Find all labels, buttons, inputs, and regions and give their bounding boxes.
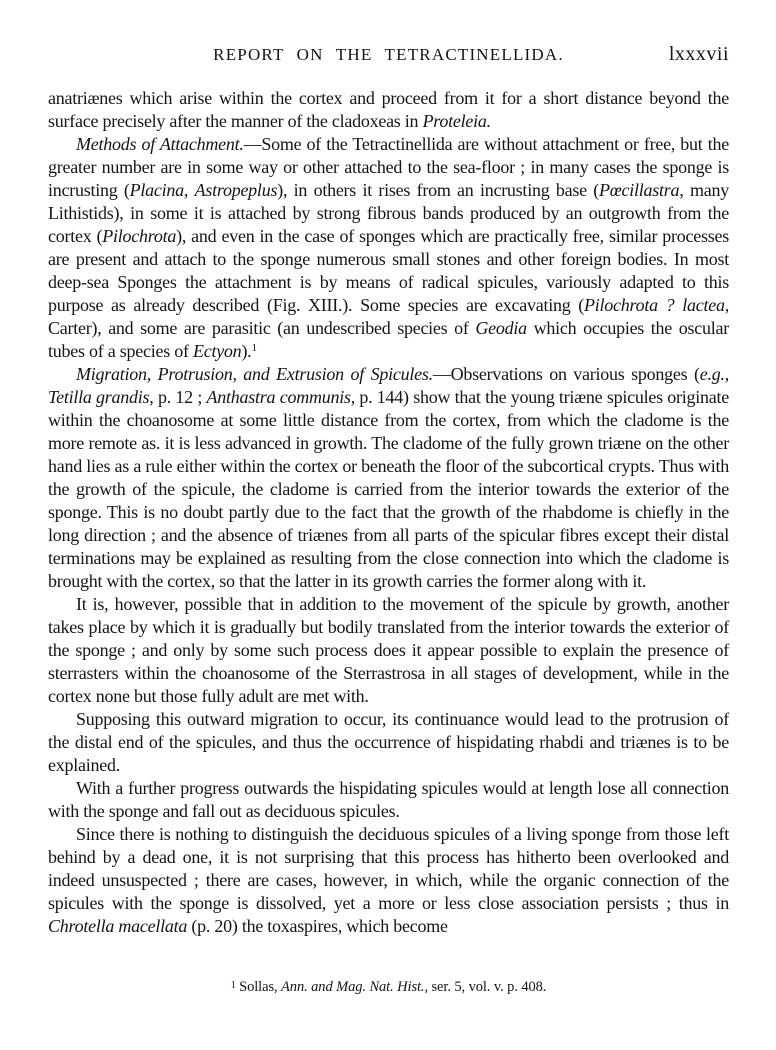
- running-head-title: REPORT ON THE TETRACTINELLIDA.: [48, 45, 729, 65]
- paragraph: anatriænes which arise within the cortex…: [48, 87, 729, 133]
- paragraph: It is, however, possible that in additio…: [48, 593, 729, 708]
- document-page: REPORT ON THE TETRACTINELLIDA. lxxxvii a…: [0, 0, 776, 1050]
- paragraph: With a further progress outwards the his…: [48, 777, 729, 823]
- paragraph: Supposing this outward migration to occu…: [48, 708, 729, 777]
- paragraph: Methods of Attachment.—Some of the Tetra…: [48, 133, 729, 363]
- page-body: anatriænes which arise within the cortex…: [48, 87, 729, 938]
- footnote: 1 Sollas, Ann. and Mag. Nat. Hist., ser.…: [48, 979, 729, 996]
- paragraph: Migration, Protrusion, and Extrusion of …: [48, 363, 729, 593]
- paragraph: Since there is nothing to distinguish th…: [48, 823, 729, 938]
- page-number: lxxxvii: [669, 43, 729, 66]
- running-head: REPORT ON THE TETRACTINELLIDA. lxxxvii: [48, 45, 729, 67]
